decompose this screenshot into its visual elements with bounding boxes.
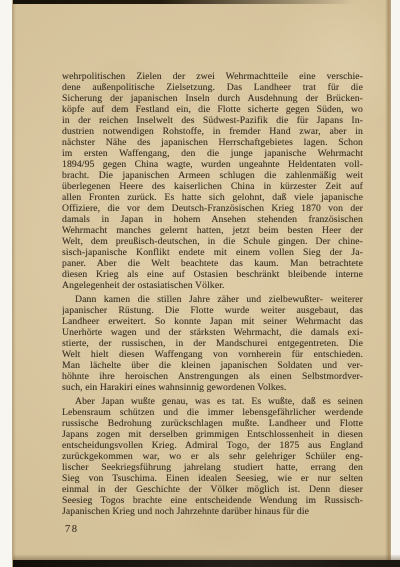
text-line: paner. Aber die Welt beachtete das kaum.… xyxy=(62,258,363,269)
text-line: Welt, dem preußisch-deutschen, in die Sc… xyxy=(62,236,363,247)
text-line: Japans zogen mit derselben grimmigen Ent… xyxy=(62,429,363,440)
text-line: Landheer erweitert. So konnte Japan mit … xyxy=(62,316,363,327)
text-line: allen Fronten zurück. Es hatte sich gelo… xyxy=(62,192,363,203)
text-line: zurückgekommen war, wo er als sehr geleh… xyxy=(62,451,363,462)
text-line: höhnte ihre heroischen Anstrengungen als… xyxy=(62,371,363,382)
text-line: damals in Japan in hohem Ansehen stehend… xyxy=(62,214,363,225)
text-line: Welt hielt diesen Waffengang von vornher… xyxy=(62,349,363,360)
page-right-edge-shadow xyxy=(385,0,391,561)
text-line: im ersten Waffengang, den die junge japa… xyxy=(62,148,363,159)
text-line: wehrpolitischen Zielen der zwei Wehrmach… xyxy=(62,71,363,82)
text-line: sisch-japanische Konflikt endete mit ein… xyxy=(62,247,363,258)
text-line: Man lächelte über die kleinen japanische… xyxy=(62,360,363,371)
text-line: überlegenen Heere des kaiserlichen China… xyxy=(62,181,363,192)
text-line: Angelegenheit der ostasiatischen Völker. xyxy=(62,280,363,291)
text-line: Offiziere, die vor dem Deutsch-Französis… xyxy=(62,203,363,214)
text-line: Dann kamen die stillen Jahre zäher und z… xyxy=(62,294,363,305)
text-line: dene außenpolitische Zielsetzung. Das La… xyxy=(62,82,363,93)
text-line: japanischer Rüstung. Die Flotte wurde we… xyxy=(62,305,363,316)
text-block: wehrpolitischen Zielen der zwei Wehrmach… xyxy=(62,71,363,517)
scan-border-bottom xyxy=(13,560,400,567)
text-line: dustrien notwendigen Rohstoffe, in fremd… xyxy=(62,126,363,137)
text-line: entscheidungsvollen Krieg. Admiral Togo,… xyxy=(62,440,363,451)
scan-border-top xyxy=(13,0,381,4)
paragraph: Dann kamen die stillen Jahre zäher und z… xyxy=(62,294,363,393)
text-line: Unerhörte wagen und der stärksten Wehrma… xyxy=(62,327,363,338)
text-line: Japanischen Krieg und noch Jahrzehnte da… xyxy=(62,506,363,517)
text-line: Aber Japan wußte genau, was es tat. Es w… xyxy=(62,396,363,407)
page-left-edge-shadow xyxy=(12,0,16,567)
page-number: 78 xyxy=(65,524,79,535)
text-line: einmal in der Geschichte der Völker mögl… xyxy=(62,484,363,495)
text-line: in der reichen Inselwelt des Südwest-Paz… xyxy=(62,115,363,126)
paragraph: wehrpolitischen Zielen der zwei Wehrmach… xyxy=(62,71,363,291)
text-line: Seesieg Togos brachte eine entscheidende… xyxy=(62,495,363,506)
text-line: diesen Krieg als eine auf Ostasien besch… xyxy=(62,269,363,280)
text-line: Sicherung der japanischen Inseln durch A… xyxy=(62,93,363,104)
text-line: köpfe auf dem Festland ein, die Flotte s… xyxy=(62,104,363,115)
text-line: Wehrmacht manches gelernt hatten, jetzt … xyxy=(62,225,363,236)
text-line: Lebensraum schützen und die immer lebens… xyxy=(62,407,363,418)
text-line: bracht. Die japanischen Armeen schlugen … xyxy=(62,170,363,181)
text-line: nächster Nähe des japanischen Herrschaft… xyxy=(62,137,363,148)
book-scan: wehrpolitischen Zielen der zwei Wehrmach… xyxy=(0,0,400,567)
text-line: russische Bedrohung zurückschlagen mußte… xyxy=(62,418,363,429)
text-line: 1894/95 gegen China wagte, wurden ungeah… xyxy=(62,159,363,170)
text-line: such, ein Harakiri eines wahnsinnig gewo… xyxy=(62,382,363,393)
text-line: lischer Seekriegsführung jahrelang studi… xyxy=(62,462,363,473)
text-line: stierte, der russischen, in der Mandschu… xyxy=(62,338,363,349)
text-line: Sieg von Tsuschima. Einen idealen Seesie… xyxy=(62,473,363,484)
paragraph: Aber Japan wußte genau, was es tat. Es w… xyxy=(62,396,363,517)
